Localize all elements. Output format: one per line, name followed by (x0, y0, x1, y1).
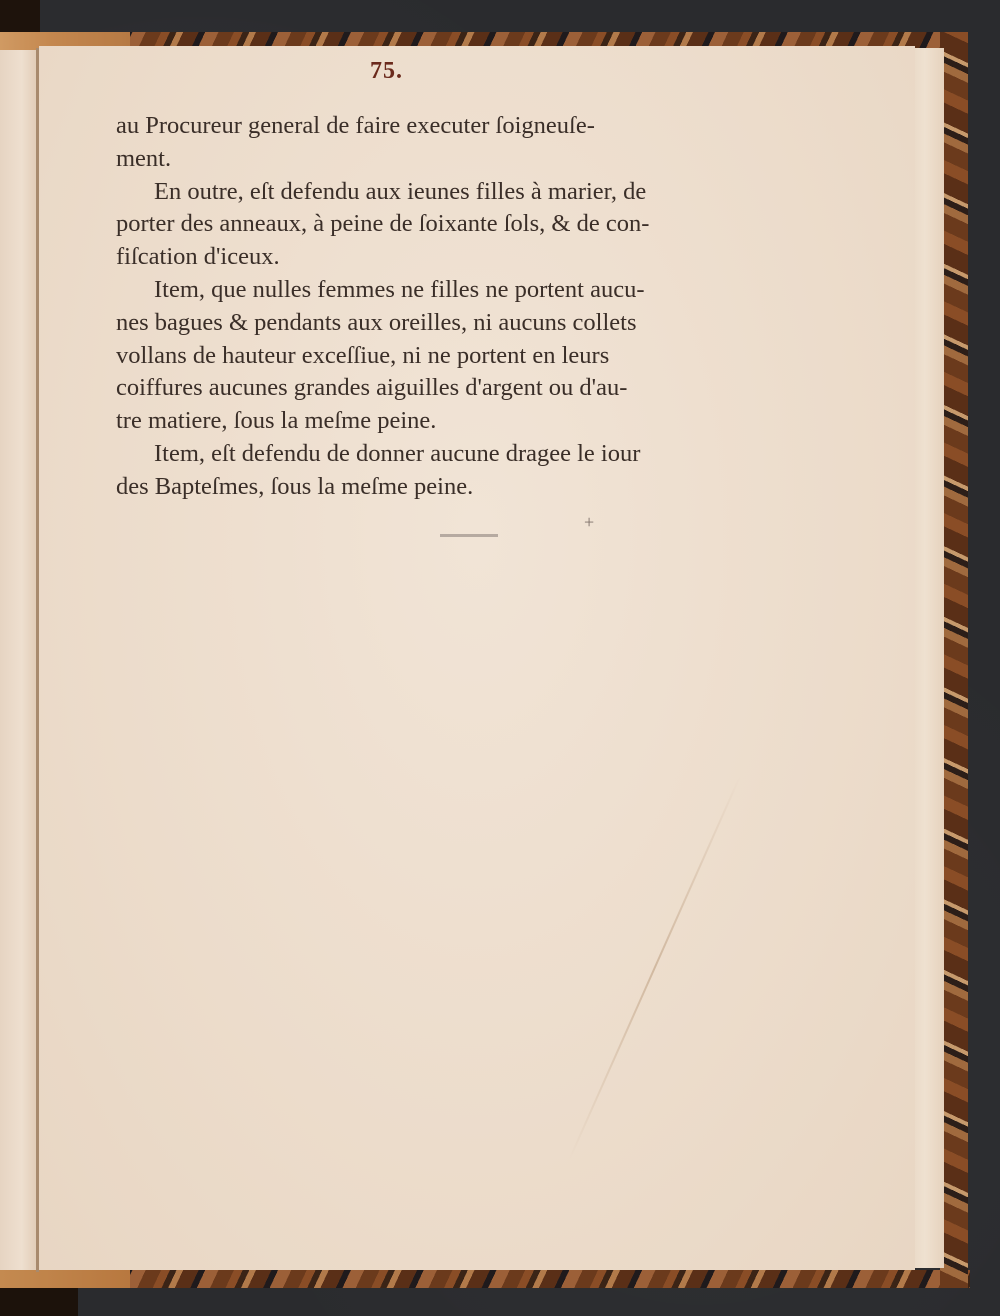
stray-mark: + (584, 512, 594, 533)
text-line: des Bapteſmes, ſous la meſme peine. (116, 471, 700, 504)
marbled-board-bottom (0, 1270, 970, 1288)
paragraph-3: Item, que nulles femmes ne filles ne por… (116, 274, 700, 438)
text-line: En outre, eſt defendu aux ieunes filles … (116, 176, 700, 209)
gutter (36, 48, 39, 1272)
paragraph-1: au Procureur general de faire executer ſ… (116, 110, 700, 176)
leather-spine-bottom (0, 1270, 130, 1288)
text-line: Item, que nulles femmes ne filles ne por… (116, 274, 700, 307)
show-through-rule (440, 534, 498, 537)
body-text: au Procureur general de faire executer ſ… (116, 110, 700, 504)
binding-corner-bottom (0, 1284, 78, 1316)
text-line: ment. (116, 143, 700, 176)
binding-corner-top (0, 0, 40, 34)
text-line: tre matiere, ſous la meſme peine. (116, 405, 700, 438)
text-line: nes bagues & pendants aux oreilles, ni a… (116, 307, 700, 340)
text-line: Item, eſt defendu de donner aucune drage… (116, 438, 700, 471)
text-line: au Procureur general de faire executer ſ… (116, 110, 700, 143)
text-line: coiffures aucunes grandes aiguilles d'ar… (116, 372, 700, 405)
page-number: 75. (370, 58, 403, 85)
facing-page-edge (0, 50, 36, 1270)
text-line: fiſcation d'iceux. (116, 241, 700, 274)
text-line: porter des anneaux, à peine de ſoixante … (116, 208, 700, 241)
paragraph-4: Item, eſt defendu de donner aucune drage… (116, 438, 700, 504)
paragraph-2: En outre, eſt defendu aux ieunes filles … (116, 176, 700, 274)
text-line: vollans de hauteur exceſſiue, ni ne port… (116, 340, 700, 373)
paper-crease (568, 776, 741, 1161)
marbled-board-right (940, 32, 968, 1288)
